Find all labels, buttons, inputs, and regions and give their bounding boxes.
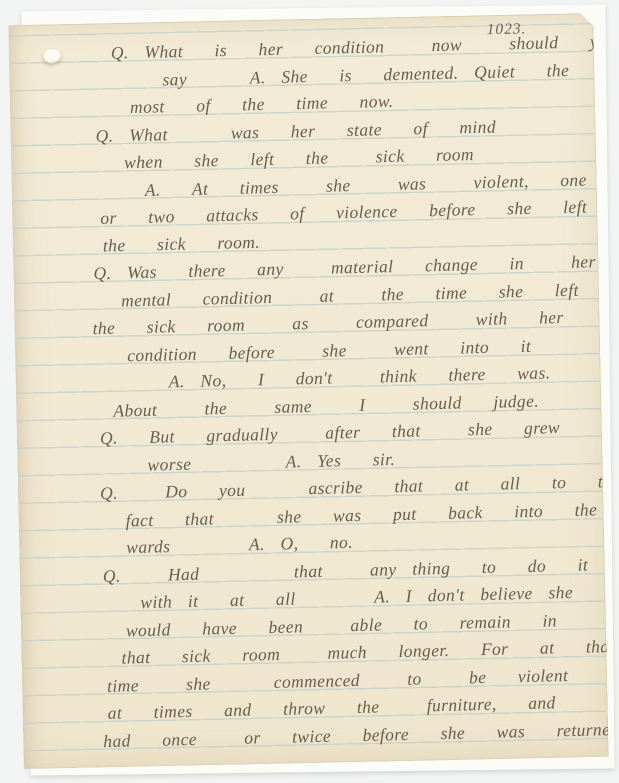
handwritten-line: the sick room.: [103, 228, 261, 259]
handwriting-lines: Q. What is her condition now should yous…: [9, 14, 607, 768]
scanned-document-view: 1023. Q. What is her condition now shoul…: [0, 0, 619, 783]
handwritten-line: wards A. O, no.: [126, 529, 353, 562]
manuscript-page: 1023. Q. What is her condition now shoul…: [8, 13, 608, 769]
